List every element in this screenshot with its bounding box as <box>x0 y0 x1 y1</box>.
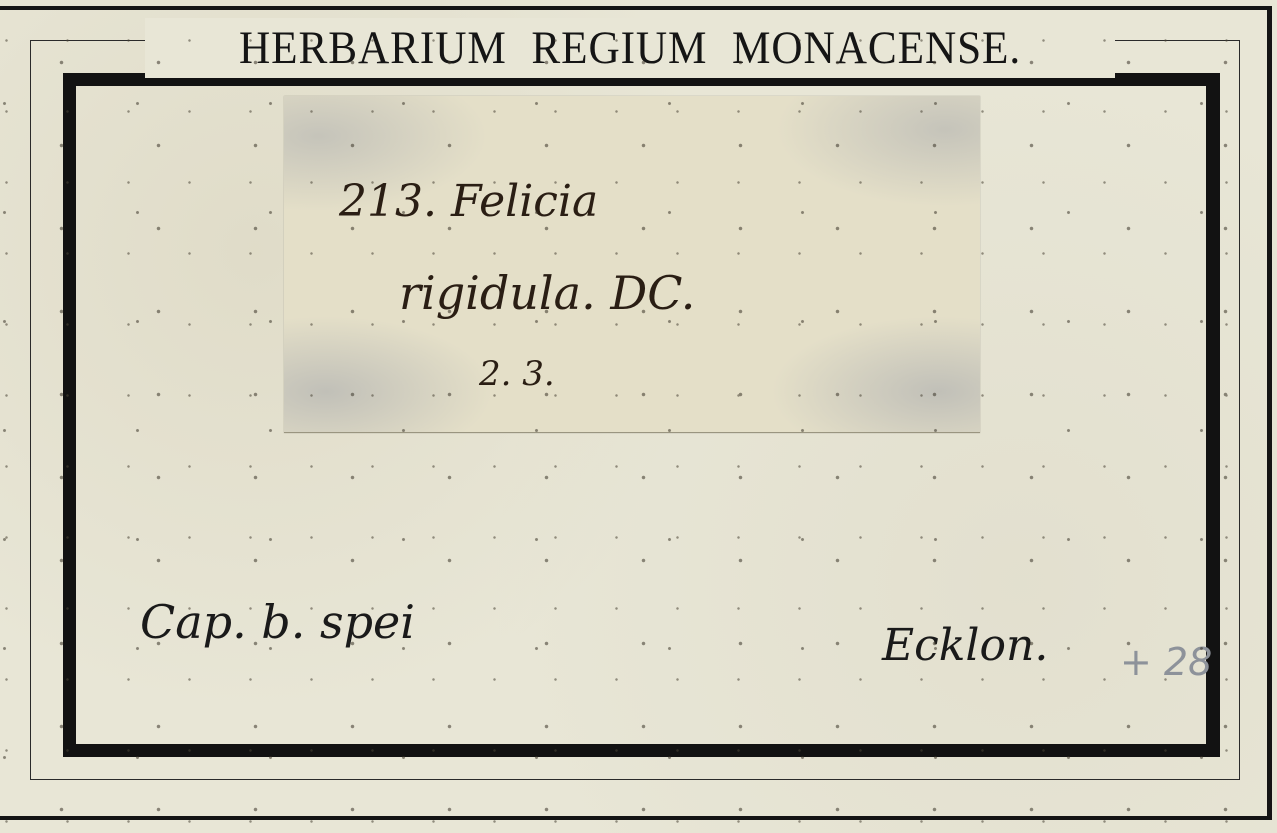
slip-species-author: rigidula. DC. <box>399 266 695 320</box>
herbarium-title: HERBARIUM REGIUM MONACENSE. <box>239 18 1021 78</box>
determination-slip: 213. Felicia rigidula. DC. 2. 3. <box>284 96 980 433</box>
slip-reference: 2. 3. <box>479 354 555 394</box>
locality-text: Cap. b. spei <box>140 595 415 649</box>
pencil-annotation: + 28 <box>1120 640 1212 684</box>
slip-number-genus: 213. Felicia <box>339 176 598 227</box>
header-band: HERBARIUM REGIUM MONACENSE. <box>145 18 1115 78</box>
collector-name: Ecklon. <box>882 620 1048 671</box>
herbarium-label-sheet: HERBARIUM REGIUM MONACENSE. 213. Felicia… <box>0 0 1277 833</box>
